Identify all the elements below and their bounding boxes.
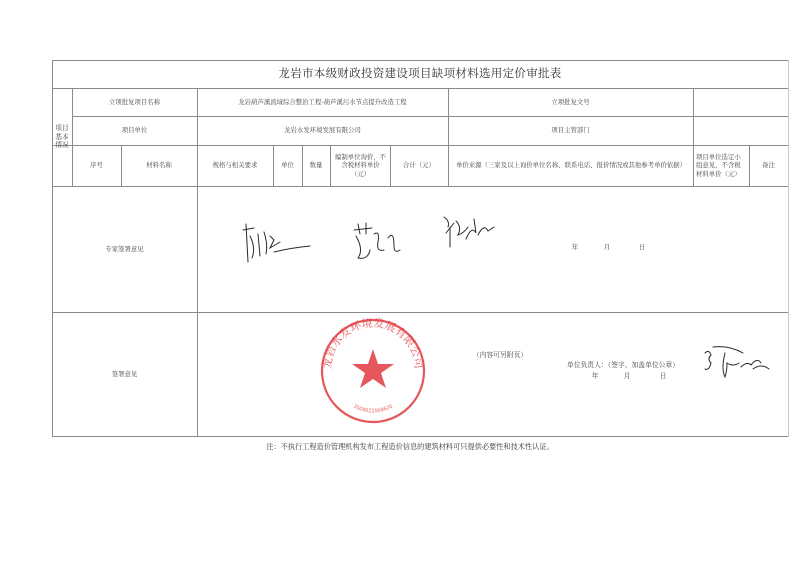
column-header-remarks: 备注 [749,145,788,186]
expert-date-month: 月 [600,240,614,254]
project-unit-value: 龙岩水发环境发展有限公司 [197,116,448,145]
table-border-bottom [52,436,788,437]
col-divider [197,186,198,436]
expert-signature-3 [440,213,500,253]
approval-date-year: 年 [588,371,602,383]
svg-text:3508021008620: 3508021008620 [352,404,394,415]
approval-doc-value[interactable] [693,88,788,116]
dept-label: 项目主管部门 [448,116,693,145]
expert-opinion-label: 专家签署意见 [52,186,197,312]
column-header-spec: 规格与相关要求 [197,145,273,186]
section-label-project-info: 项目基本情况 [52,88,72,186]
column-header-quantity: 数量 [302,145,330,186]
expert-date-year: 年 [568,240,582,254]
form-title: 龙岩市本级财政投资建设项目缺项材料选用定价审批表 [52,60,788,88]
company-seal-stamp: 龙岩水发环境发展有限公司 3508021008620 [318,316,428,426]
footnote: 注：不执行工程造价管理机构发布工程造价信息的建筑材料可只提供必要性和技术性认证。 [200,440,620,454]
expert-date-day: 日 [635,240,649,254]
column-header-unit: 单位 [273,145,302,186]
project-unit-label: 项目单位 [72,116,197,145]
column-header-unit-price: 编制单位询价，不含税材料单价（元） [331,145,390,186]
column-header-index: 序号 [72,145,121,186]
approval-opinion-label: 签署意见 [52,312,197,436]
column-header-selected-price: 项目单位选定小组意见，不含税材料单价（元） [694,145,749,186]
expert-signature-2 [350,220,410,265]
project-name-value: 龙岩葫芦溪流域综合整治工程-葫芦溪污水节点提升改造工程 [197,88,448,116]
column-header-price-source: 单价来源（三家及以上询价单位名称、联系电话、报价情况或其他参考单价依据） [449,145,693,186]
column-header-total: 合计（元） [390,145,448,186]
expert-signature-1 [240,218,320,268]
approval-date-day: 日 [656,371,670,383]
column-header-material-name: 材料名称 [121,145,197,186]
responsible-signature [703,343,783,383]
attachment-note: （内容可另附页） [460,350,540,362]
approval-date-month: 月 [620,371,634,383]
project-name-label: 立项批复项目名称 [72,88,197,116]
dept-value[interactable] [693,116,788,145]
approval-doc-label: 立项批复文号 [448,88,693,116]
table-border-right [788,60,789,437]
